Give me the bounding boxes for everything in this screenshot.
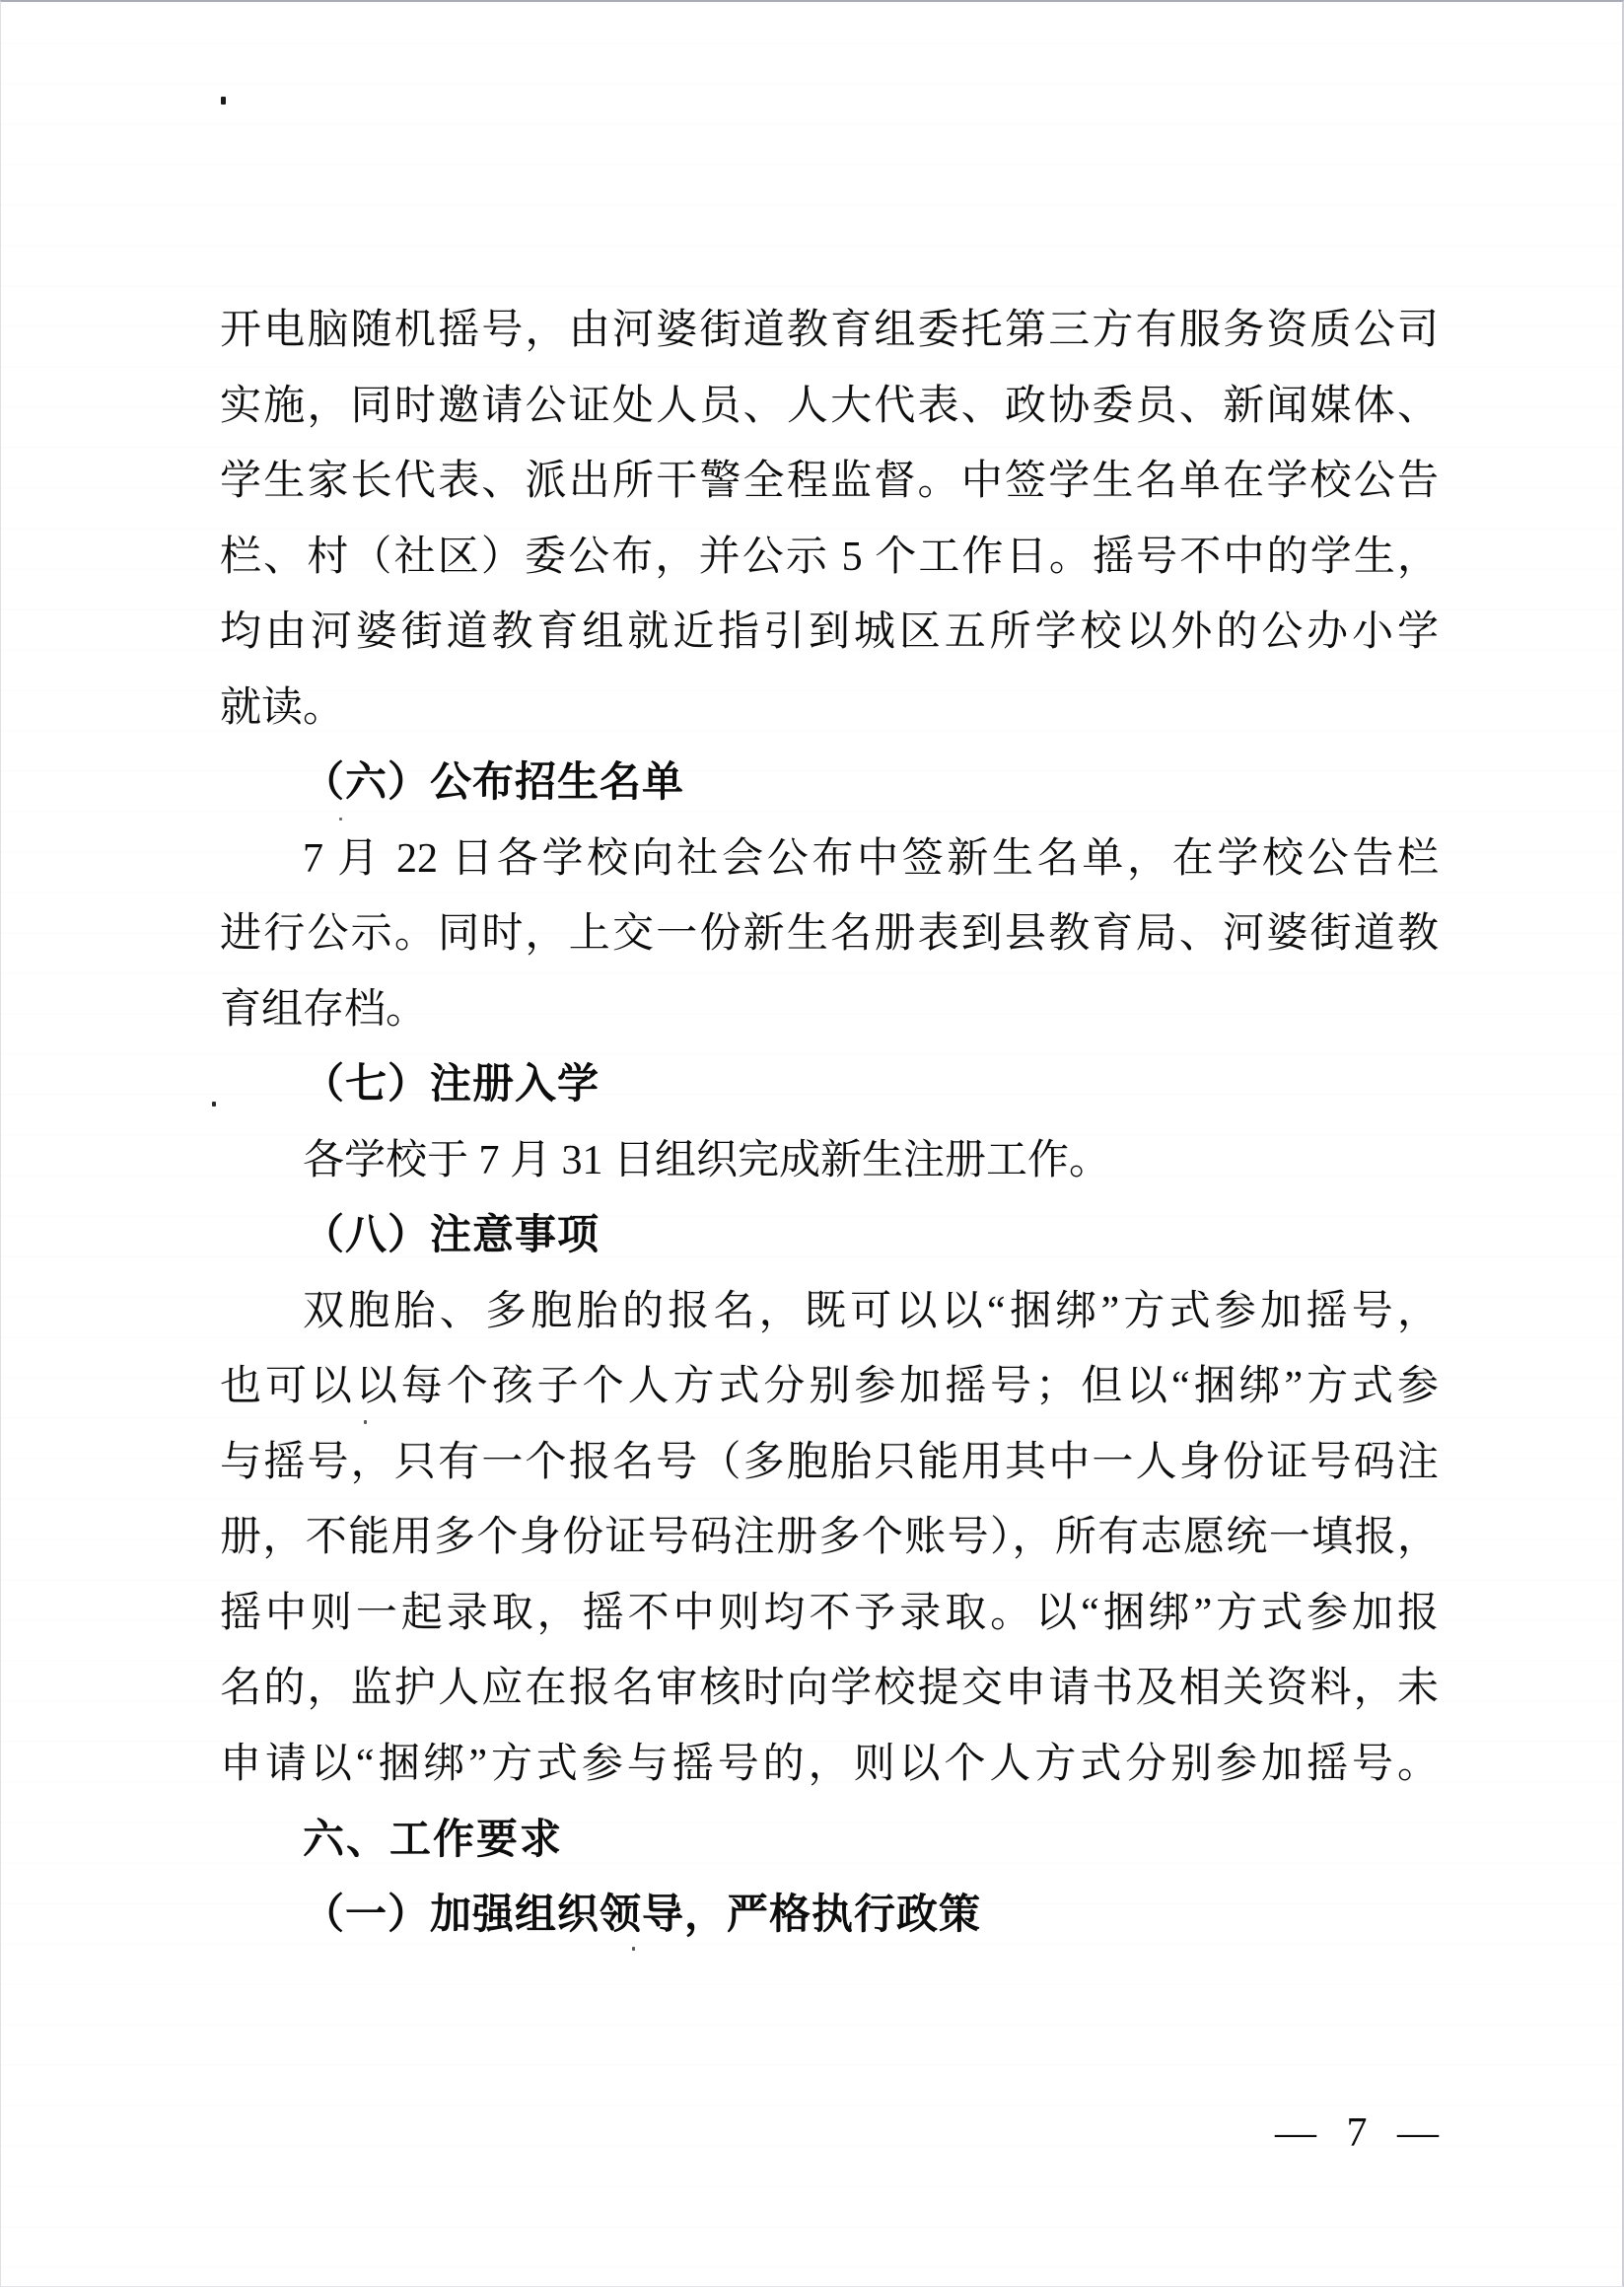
section-heading-6: （六）公布招生名单: [220, 746, 1439, 822]
paragraph-end-line: 申请以“捆绑”方式参与摇号的，则以个人方式分别参加摇号。: [220, 1727, 1439, 1803]
scan-artifact: [212, 1102, 216, 1107]
paragraph-end-line: 育组存档。: [220, 972, 1439, 1048]
body-line: 册，不能用多个身份证号码注册多个账号），所有志愿统一填报，: [220, 1500, 1439, 1576]
scanned-document-page: 开电脑随机摇号，由河婆街道教育组委托第三方有服务资质公司 实施，同时邀请公证处人…: [0, 0, 1624, 2287]
body-line: 均由河婆街道教育组就近指引到城区五所学校以外的公办小学: [220, 595, 1439, 671]
paragraph-first-line: 双胞胎、多胞胎的报名，既可以以“捆绑”方式参加摇号，: [220, 1274, 1439, 1350]
body-line: 摇中则一起录取，摇不中则均不予录取。以“捆绑”方式参加报: [220, 1576, 1439, 1652]
chapter-heading-6: 六、工作要求: [220, 1802, 1439, 1878]
scan-artifact: [339, 818, 342, 821]
section-heading-8: （八）注意事项: [220, 1198, 1439, 1274]
paragraph-end-line: 就读。: [220, 671, 1439, 747]
body-line: 与摇号，只有一个报名号（多胞胎只能用其中一人身份证号码注: [220, 1425, 1439, 1501]
scan-artifact: [221, 97, 226, 105]
page-number: — 7 —: [1275, 2108, 1444, 2158]
body-line: 各学校于 7 月 31 日组织完成新生注册工作。: [220, 1123, 1439, 1199]
body-line: 进行公示。同时，上交一份新生名册表到县教育局、河婆街道教: [220, 896, 1439, 972]
section-heading-1: （一）加强组织领导，严格执行政策: [220, 1878, 1439, 1954]
body-line: 实施，同时邀请公证处人员、人大代表、政协委员、新闻媒体、: [220, 369, 1439, 445]
document-body: 开电脑随机摇号，由河婆街道教育组委托第三方有服务资质公司 实施，同时邀请公证处人…: [220, 293, 1439, 1953]
section-heading-7: （七）注册入学: [220, 1047, 1439, 1123]
scan-artifact: [632, 1947, 635, 1951]
body-line: 也可以以每个孩子个人方式分别参加摇号；但以“捆绑”方式参: [220, 1349, 1439, 1425]
scan-artifact: [364, 1420, 367, 1424]
body-line: 栏、村（社区）委公布，并公示 5 个工作日。摇号不中的学生，: [220, 520, 1439, 596]
body-line: 开电脑随机摇号，由河婆街道教育组委托第三方有服务资质公司: [220, 293, 1439, 369]
body-line: 学生家长代表、派出所干警全程监督。中签学生名单在学校公告: [220, 444, 1439, 520]
paragraph-first-line: 7 月 22 日各学校向社会公布中签新生名单，在学校公告栏: [220, 822, 1439, 897]
body-line: 名的，监护人应在报名审核时向学校提交申请书及相关资料，未: [220, 1651, 1439, 1727]
